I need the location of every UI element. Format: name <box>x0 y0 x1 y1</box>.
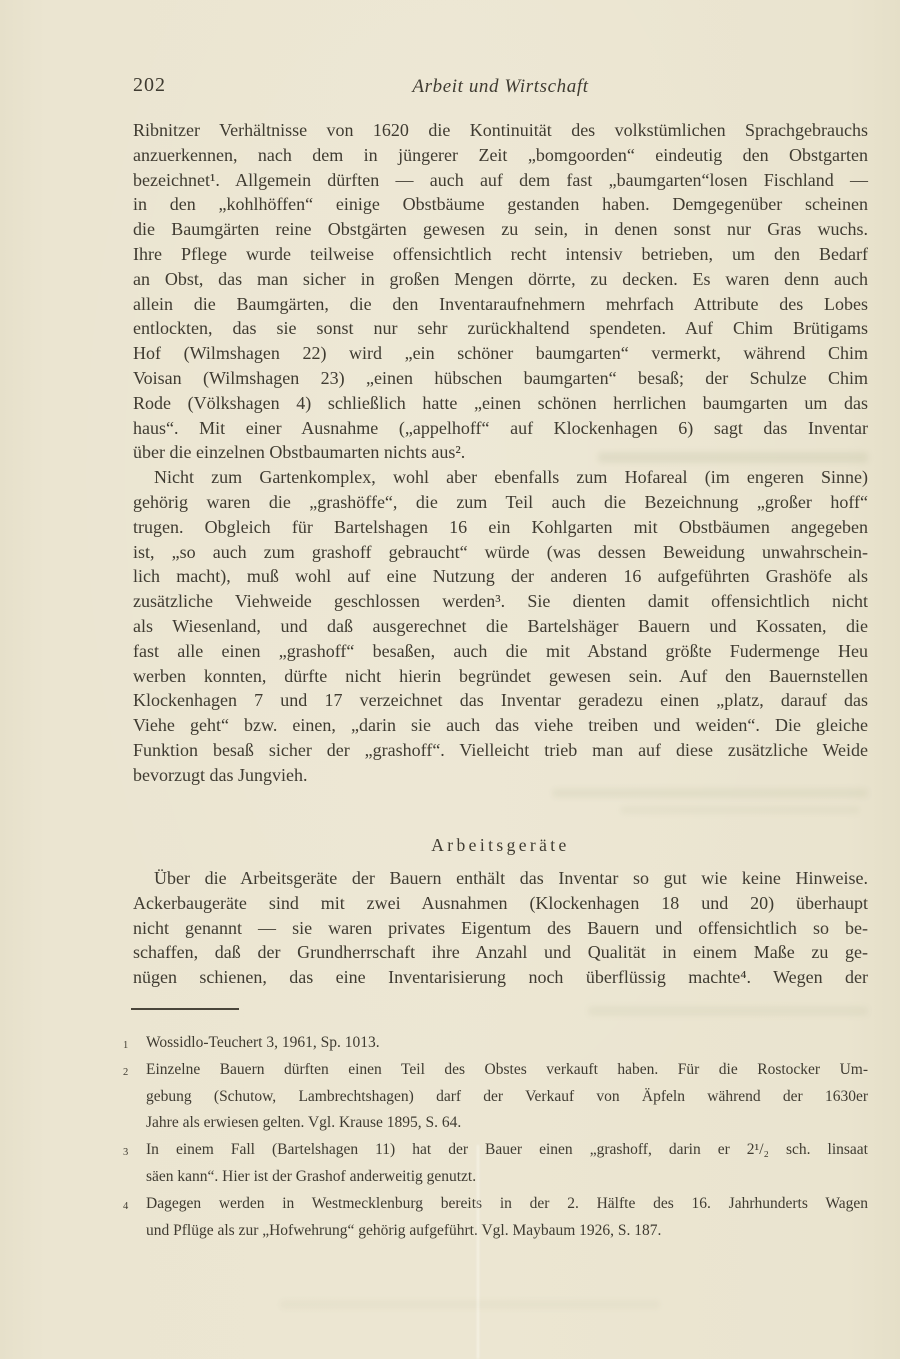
footnote-line: Dagegen werden in Westmecklenburg bereit… <box>146 1191 868 1218</box>
text-line: lich macht), muß wohl auf eine Nutzung d… <box>133 564 868 589</box>
footnote-line: und Pflüge als zur „Hofwehrung“ gehörig … <box>146 1218 868 1245</box>
footnote-line: säen kann“. Hier ist der Grashof anderwe… <box>146 1164 868 1191</box>
book-page: 202 Arbeit und Wirtschaft Ribnitzer Verh… <box>0 0 900 1359</box>
text-line: in den „kohlhöffen“ einige Obstbäume ges… <box>133 192 868 217</box>
text-line: entlockten, das sie sonst nur sehr zurüc… <box>133 316 868 341</box>
text-line: bevorzugt das Jungvieh. <box>133 763 868 788</box>
text-line: bezeichnet¹. Allgemein dürften — auch au… <box>133 168 868 193</box>
text-line: Rode (Völkshagen 4) schließlich hatte „e… <box>133 391 868 416</box>
text-line: anzuerkennen, nach dem in jüngerer Zeit … <box>133 143 868 168</box>
text-line: über die einzelnen Obstbaumarten nichts … <box>133 440 868 465</box>
text-line: schaffen, daß der Grundherrschaft ihre A… <box>133 940 868 965</box>
text-line: nügen schienen, das eine Inventarisierun… <box>133 965 868 990</box>
text-line: allein die Baumgärten, die den Inventara… <box>133 292 868 317</box>
text-line: Nicht zum Gartenkomplex, wohl aber ebenf… <box>133 465 868 490</box>
footnote: 1Wossidlo-Teuchert 3, 1961, Sp. 1013. <box>133 1030 868 1057</box>
footnote: 4Dagegen werden in Westmecklenburg berei… <box>133 1191 868 1245</box>
footnote-separator <box>131 1008 239 1010</box>
section-text: Über die Arbeitsgeräte der Bauern enthäl… <box>133 866 868 990</box>
text-line: Ribnitzer Verhältnisse von 1620 die Kont… <box>133 118 868 143</box>
paragraph: Nicht zum Gartenkomplex, wohl aber ebenf… <box>133 465 868 787</box>
footnote: 2Einzelne Bauern dürften einen Teil des … <box>133 1057 868 1137</box>
text-line: Viehe geht“ bzw. einen, „darin sie auch … <box>133 713 868 738</box>
footnote-marker: 1 <box>123 1033 128 1060</box>
section-heading: Arbeitsgeräte <box>133 835 868 856</box>
text-line: als Wiesenland, und daß ausgerechnet die… <box>133 614 868 639</box>
text-line: Hof (Wilmshagen 22) wird „ein schöner ba… <box>133 341 868 366</box>
text-line: nicht genannt — sie waren privates Eigen… <box>133 916 868 941</box>
text-line: zusätzliche Viehweide geschlossen werden… <box>133 589 868 614</box>
text-line: an Obst, das man sicher in großen Mengen… <box>133 267 868 292</box>
body-text: Ribnitzer Verhältnisse von 1620 die Kont… <box>133 118 868 788</box>
text-line: trugen. Obgleich für Bartelshagen 16 ein… <box>133 515 868 540</box>
text-line: Über die Arbeitsgeräte der Bauern enthäl… <box>133 866 868 891</box>
paragraph: Über die Arbeitsgeräte der Bauern enthäl… <box>133 866 868 990</box>
footnote-line: Jahre als erwiesen gelten. Vgl. Krause 1… <box>146 1110 868 1137</box>
text-line: ist, „so auch zum grashoff gebraucht“ wü… <box>133 540 868 565</box>
footnotes: 1Wossidlo-Teuchert 3, 1961, Sp. 1013.2Ei… <box>133 1030 868 1244</box>
footnote-line: Einzelne Bauern dürften einen Teil des O… <box>146 1057 868 1084</box>
paragraph: Ribnitzer Verhältnisse von 1620 die Kont… <box>133 118 868 465</box>
running-header: Arbeit und Wirtschaft <box>133 76 868 98</box>
text-line: Klockenhagen 7 und 17 verzeichnet das In… <box>133 688 868 713</box>
footnote-line: In einem Fall (Bartelshagen 11) hat der … <box>146 1137 868 1164</box>
text-line: Ackerbaugeräte sind mit zwei Ausnahmen (… <box>133 891 868 916</box>
footnote: 3In einem Fall (Bartelshagen 11) hat der… <box>133 1137 868 1191</box>
text-line: Ihre Pflege wurde teilweise offensichtli… <box>133 242 868 267</box>
footnote-line: Wossidlo-Teuchert 3, 1961, Sp. 1013. <box>146 1030 868 1057</box>
footnote-line: gebung (Schutow, Lambrechtshagen) darf d… <box>146 1084 868 1111</box>
text-line: werben konnten, dürfte nicht hierin begr… <box>133 664 868 689</box>
footnote-marker: 4 <box>123 1194 128 1221</box>
text-line: Voisan (Wilmshagen 23) „einen hübschen b… <box>133 366 868 391</box>
text-column: 202 Arbeit und Wirtschaft Ribnitzer Verh… <box>133 0 868 1359</box>
footnote-marker: 3 <box>123 1140 128 1167</box>
text-line: fast alle einen „grashoff“ besaßen, auch… <box>133 639 868 664</box>
text-line: haus“. Mit einer Ausnahme („appelhoff“ a… <box>133 416 868 441</box>
footnote-marker: 2 <box>123 1060 128 1087</box>
text-line: Funktion besaß sicher der „grashoff“. Vi… <box>133 738 868 763</box>
text-line: die Baumgärten reine Obstgärten gewesen … <box>133 217 868 242</box>
text-line: gehörig waren die „grashöffe“, die zum T… <box>133 490 868 515</box>
